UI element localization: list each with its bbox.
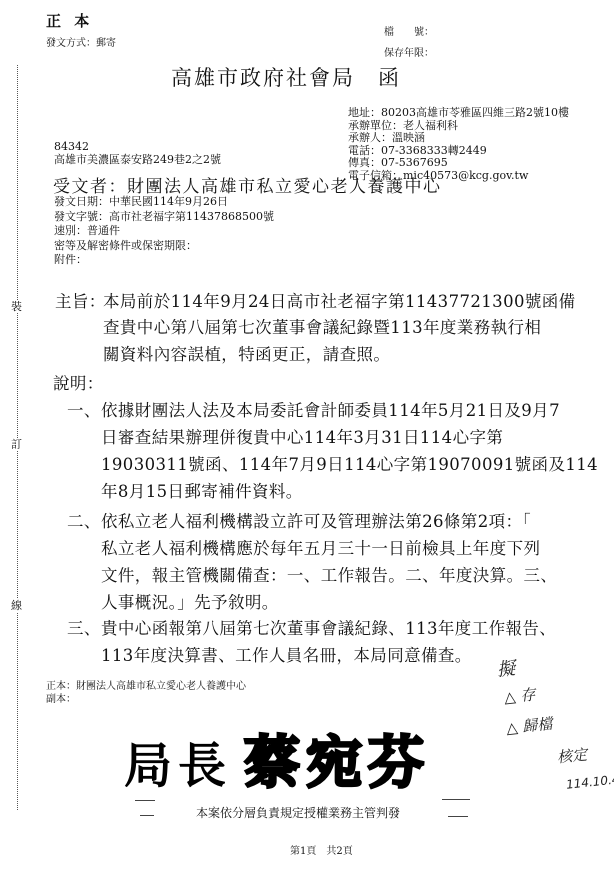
handwritten-note-1: 擬: [496, 654, 517, 682]
stamp-mark-left-top: [135, 800, 155, 801]
distribution-copy: 副本：: [46, 693, 76, 706]
explanation-item-1-line-4: 年8月15日郵寄補件資料。: [101, 482, 303, 502]
binding-mark-xian: 線: [11, 599, 22, 612]
postal-code: 84342: [54, 140, 221, 153]
explanation-item-2-line-2: 私立老人福利機構應於每年五月三十一日前檢具上年度下列: [101, 539, 540, 559]
handwritten-note-4: 核定: [556, 743, 588, 767]
director-signature-stamp: 局長蔡宛芬: [124, 733, 430, 796]
explanation-item-3-line-2: 113年度決算書、工作人員名冊，本局同意備查。: [101, 646, 472, 666]
fax: 傳真：07-5367695: [348, 157, 569, 170]
explanation-item-1-marker: 一、: [67, 401, 101, 421]
delegation-note: 本案依分層負責規定授權業務主管判發: [196, 804, 400, 821]
retention-label: 保存年限：: [384, 47, 434, 60]
explanation-item-2-line-3: 文件，報主管機關備查：一、工作報告。二、年度決算。三、: [101, 566, 557, 586]
sender-address: 地址：80203高雄市苓雅區四維三路2號10樓: [348, 107, 569, 120]
copy-type-label: 正 本: [46, 10, 93, 31]
binding-mark-ding: 訂: [11, 438, 22, 451]
document-number: 發文字號：高市社老福字第11437868500號: [54, 210, 274, 225]
stamp-mark-right-top: [442, 799, 470, 800]
director-title: 局長: [124, 738, 232, 794]
subject-line-2: 查貴中心第八屆第七次董事會議紀錄暨113年度業務執行相: [103, 318, 541, 338]
delivery-speed: 速別：普通件: [54, 224, 274, 239]
explanation-item-2-marker: 二、: [67, 512, 101, 532]
subject-line-3: 關資料內容誤植，特函更正，請查照。: [103, 345, 390, 365]
attachment: 附件：: [54, 253, 274, 268]
subject-label: 主旨：: [55, 292, 106, 312]
recipient-street-address: 高雄市美濃區泰安路249巷2之2號: [54, 153, 221, 166]
recipient-postal-block: 84342 高雄市美濃區泰安路249巷2之2號: [54, 140, 221, 166]
explanation-item-1-line-2: 日審查結果辦理併復貴中心114年3月31日114心字第: [101, 428, 503, 448]
explanation-label: 說明：: [53, 374, 104, 394]
recipient: 受文者：財團法人高雄市私立愛心老人養護中心: [53, 172, 442, 197]
handwritten-date: 114.10.4: [565, 772, 614, 792]
explanation-item-2-line-4: 人事概況。」先予敘明。: [101, 593, 279, 613]
explanation-item-3-line-1: 貴中心函報第八屆第七次董事會議紀錄、113年度工作報告、: [101, 619, 556, 639]
issue-date: 發文日期：中華民國114年9月26日: [54, 195, 274, 210]
explanation-item-2-line-1: 依私立老人福利機構設立許可及管理辦法第26條第2項：「: [101, 512, 531, 532]
handwritten-note-3: △ 歸檔: [505, 713, 553, 739]
stamp-mark-left-bottom: [140, 815, 154, 816]
page-indicator: 第1頁 共2頁: [290, 845, 353, 858]
explanation-item-1-line-3: 19030311號函、114年7月9日114心字第19070091號函及114: [101, 455, 598, 475]
explanation-item-3-marker: 三、: [67, 619, 101, 639]
document-meta: 發文日期：中華民國114年9月26日 發文字號：高市社老福字第114378685…: [54, 195, 274, 268]
distribution-original: 正本：財團法人高雄市私立愛心老人養護中心: [46, 680, 246, 693]
binding-mark-zhuang: 裝: [11, 300, 22, 313]
file-number-label: 檔 號：: [384, 26, 434, 39]
subject-line-1: 本局前於114年9月24日高市社老福字第11437721300號函備: [103, 292, 576, 312]
stamp-mark-right-bottom: [448, 816, 468, 817]
classification: 密等及解密條件或保密期限：: [54, 239, 274, 254]
director-name: 蔡宛芬: [244, 730, 430, 796]
sender-info: 地址：80203高雄市苓雅區四維三路2號10樓 承辦單位：老人福利科 承辦人：溫…: [348, 107, 569, 182]
document-title: 高雄市政府社會局 函: [171, 62, 401, 92]
dispatch-method: 發文方式：郵寄: [46, 37, 116, 50]
handler-name: 承辦人：溫映涵: [348, 132, 569, 145]
handwritten-note-2: △ 存: [503, 683, 536, 707]
explanation-item-1-line-1: 依據財團法人法及本局委託會計師委員114年5月21日及9月7: [101, 401, 560, 421]
